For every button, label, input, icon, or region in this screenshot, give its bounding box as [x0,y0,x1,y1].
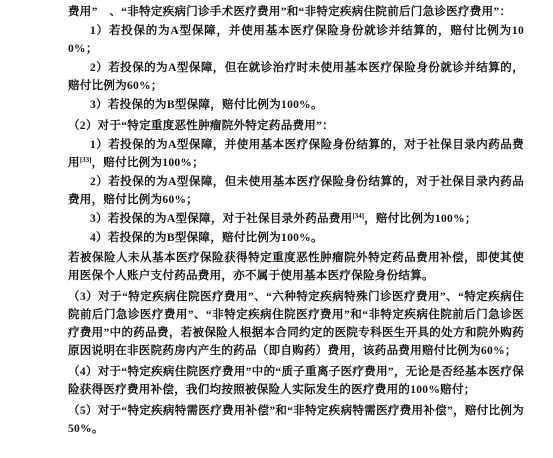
paragraph: 3）若投保的为A型保障，对于社保目录外药品费用[34]，赔付比例为100%； [68,210,524,228]
paragraph: （3）对于“特定疾病住院医疗费用”、“六种特定疾病特殊门诊医疗费用”、“特定疾病… [68,288,524,360]
paragraph: 若被保险人未从基本医疗保险获得特定重度恶性肿瘤院外特定药品费用补偿，即使其使用医… [68,249,524,285]
document-body: 费用” 、“非特定疾病门诊手术医疗费用”和“非特定疾病住院前后门急诊医疗费用”：… [68,3,524,439]
paragraph: 2）若投保的为A型保障，但在就诊治疗时未使用基本医疗保险身份就诊并结算的，赔付比… [68,59,524,95]
paragraph: （2）对于“特定重度恶性肿瘤院外特定药品费用”： [68,117,524,135]
paragraph: 3）若投保的为B型保障，赔付比例为100%。 [68,96,524,114]
paragraph: 2）若投保的为A型保障，但未使用基本医疗保险身份结算的，对于社保目录内药品费用，… [68,173,524,209]
footnote-ref: [34] [352,212,364,220]
paragraph: （5）对于“特定疾病特需医疗费用补偿”和“非特定疾病特需医疗费用补偿”，赔付比例… [68,402,524,438]
paragraph: 费用” 、“非特定疾病门诊手术医疗费用”和“非特定疾病住院前后门急诊医疗费用”： [68,3,524,21]
document-page: 费用” 、“非特定疾病门诊手术医疗费用”和“非特定疾病住院前后门急诊医疗费用”：… [0,0,553,458]
paragraph: 1）若投保的为A型保障，并使用基本医疗保险身份就诊并结算的，赔付比例为100%； [68,22,524,58]
paragraph: （4）对于“特定疾病住院医疗费用”中的“质子重离子医疗费用”，无论是否经基本医疗… [68,363,524,399]
paragraph: 1）若投保的为A型保障，并使用基本医疗保险身份结算的，对于社保目录内药品费用[3… [68,136,524,172]
footnote-ref: [33] [80,156,92,164]
paragraph: 4）若投保的为B型保障，赔付比例为100%。 [68,229,524,247]
